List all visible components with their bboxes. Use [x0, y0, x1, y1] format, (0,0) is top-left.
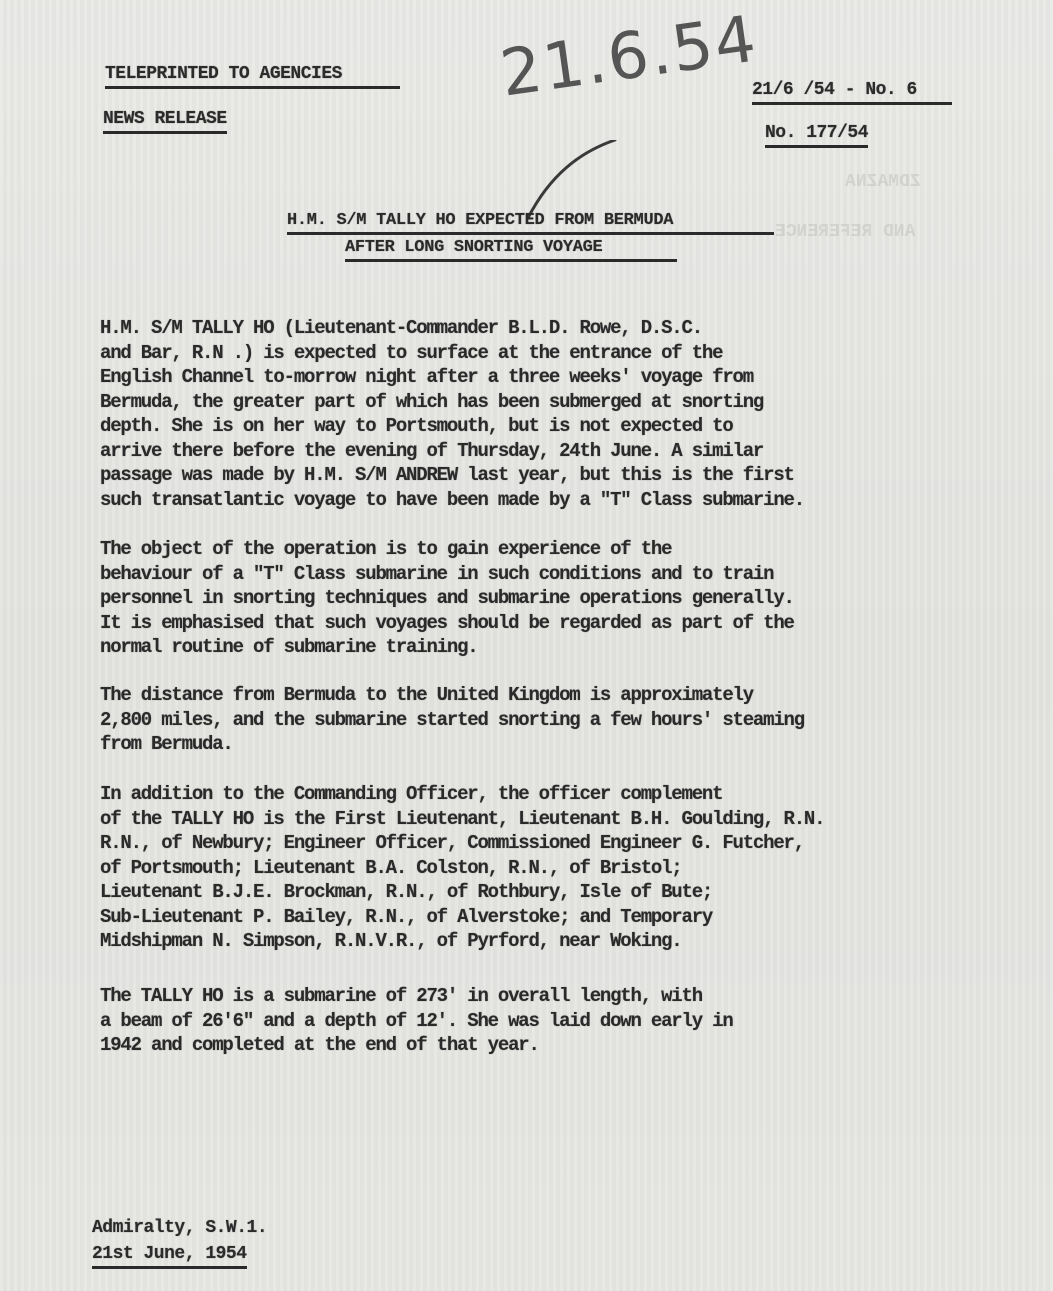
- headline-line-1: H.M. S/M TALLY HO EXPECTED FROM BERMUDA: [287, 211, 774, 235]
- paragraph-text: H.M. S/M TALLY HO (Lieutenant-Commander …: [100, 316, 980, 512]
- paragraph-2: The object of the operation is to gain e…: [100, 537, 980, 660]
- handwritten-date: 21.6.54: [496, 2, 762, 111]
- paragraph-text: The distance from Bermuda to the United …: [100, 683, 980, 757]
- paragraph-text: In addition to the Commanding Officer, t…: [100, 782, 980, 954]
- reference-date: 21/6 /54 - No. 6: [752, 80, 952, 105]
- paragraph-text: The TALLY HO is a submarine of 273' in o…: [100, 984, 980, 1058]
- document-page: ZDMAZNA AND REFERENCE TELEPRINTED TO AGE…: [0, 0, 1053, 1291]
- paragraph-3: The distance from Bermuda to the United …: [100, 683, 980, 757]
- handwritten-stroke-icon: [520, 140, 620, 220]
- paragraph-5: The TALLY HO is a submarine of 273' in o…: [100, 984, 980, 1058]
- signature-date: 21st June, 1954: [92, 1244, 247, 1269]
- show-through-text: AND REFERENCE: [775, 222, 915, 242]
- paragraph-4: In addition to the Commanding Officer, t…: [100, 782, 980, 954]
- show-through-text: ZDMAZNA: [845, 172, 921, 192]
- signature-office: Admiralty, S.W.1.: [92, 1218, 267, 1238]
- release-type-label: NEWS RELEASE: [103, 109, 227, 134]
- paragraph-1: H.M. S/M TALLY HO (Lieutenant-Commander …: [100, 316, 980, 512]
- paragraph-text: The object of the operation is to gain e…: [100, 537, 980, 660]
- distribution-label: TELEPRINTED TO AGENCIES: [105, 64, 400, 89]
- reference-number: No. 177/54: [765, 123, 868, 148]
- headline-line-2: AFTER LONG SNORTING VOYAGE: [345, 238, 677, 262]
